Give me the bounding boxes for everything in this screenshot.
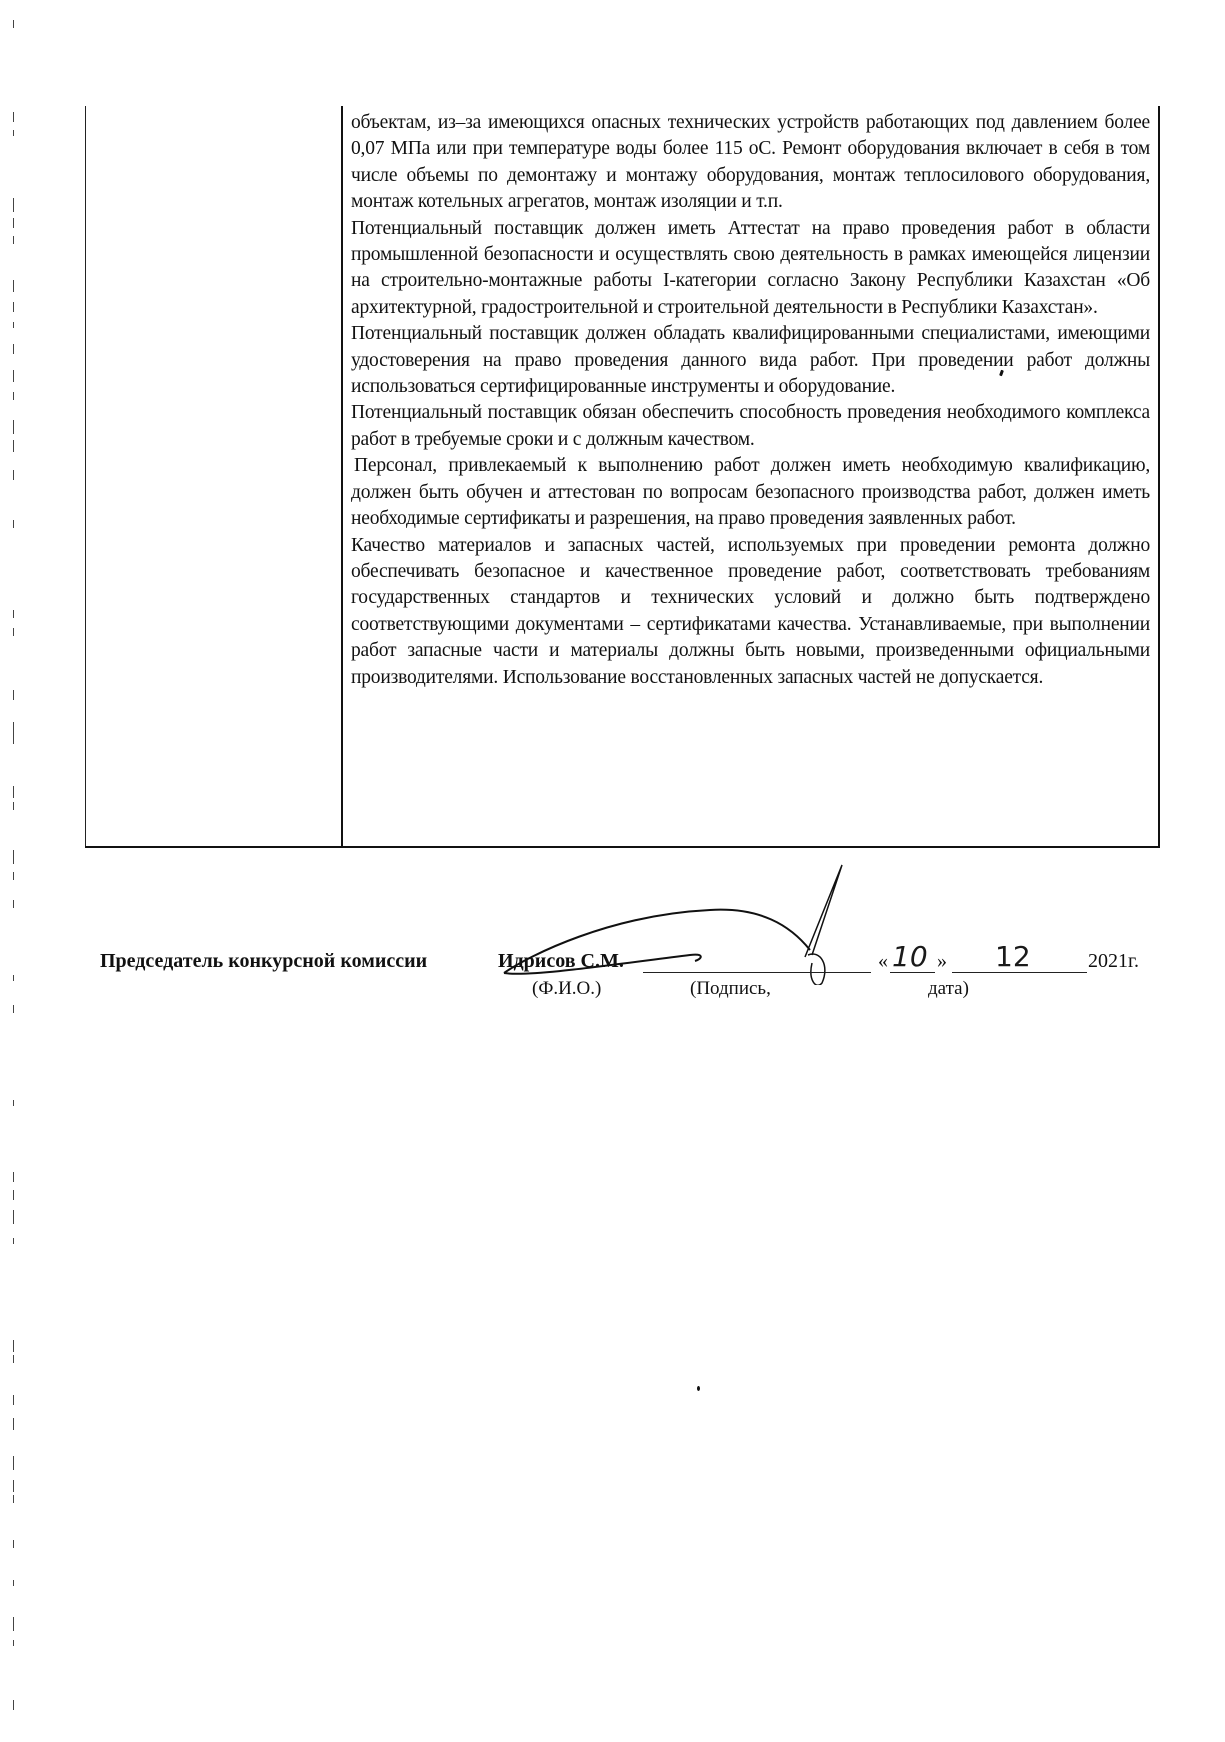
caption-date: дата) (928, 978, 969, 1000)
date-month: 12 (995, 940, 1031, 973)
month-line (952, 972, 1087, 973)
requirements-table: объектам, из–за имеющихся опасных технич… (85, 106, 1160, 848)
paragraph-certificate-license: Потенциальный поставщик должен иметь Атт… (351, 216, 1150, 322)
caption-signature: (Подпись, (690, 978, 771, 1000)
date-day: 10 (892, 940, 928, 973)
paragraph-hazardous-equipment: объектам, из–за имеющихся опасных технич… (351, 110, 1150, 216)
scanner-margin-marks (13, 0, 17, 1742)
paragraph-personnel: Персонал, привлекаемый к выполнению рабо… (351, 453, 1150, 532)
paragraph-timeliness-quality: Потенциальный поставщик обязан обеспечит… (351, 400, 1150, 453)
date-quote-open: « (878, 950, 888, 973)
paragraph-qualified-specialists: Потенциальный поставщик должен обладать … (351, 321, 1150, 400)
scan-speck (697, 1386, 700, 1391)
table-cell-requirements: объектам, из–за имеющихся опасных технич… (341, 106, 1160, 846)
date-year: 2021г. (1088, 950, 1139, 973)
date-quote-close: » (937, 950, 947, 973)
signature-line (643, 972, 871, 973)
caption-full-name: (Ф.И.О.) (532, 978, 601, 1000)
chairman-title: Председатель конкурсной комиссии (100, 950, 427, 972)
table-cell-left (85, 106, 341, 846)
chairman-name: Идрисов С.М. (498, 950, 624, 973)
day-line (890, 972, 935, 973)
signature-block: Председатель конкурсной комиссии Идрисов… (100, 950, 1160, 1010)
paragraph-materials-quality: Качество материалов и запасных частей, и… (351, 533, 1150, 691)
